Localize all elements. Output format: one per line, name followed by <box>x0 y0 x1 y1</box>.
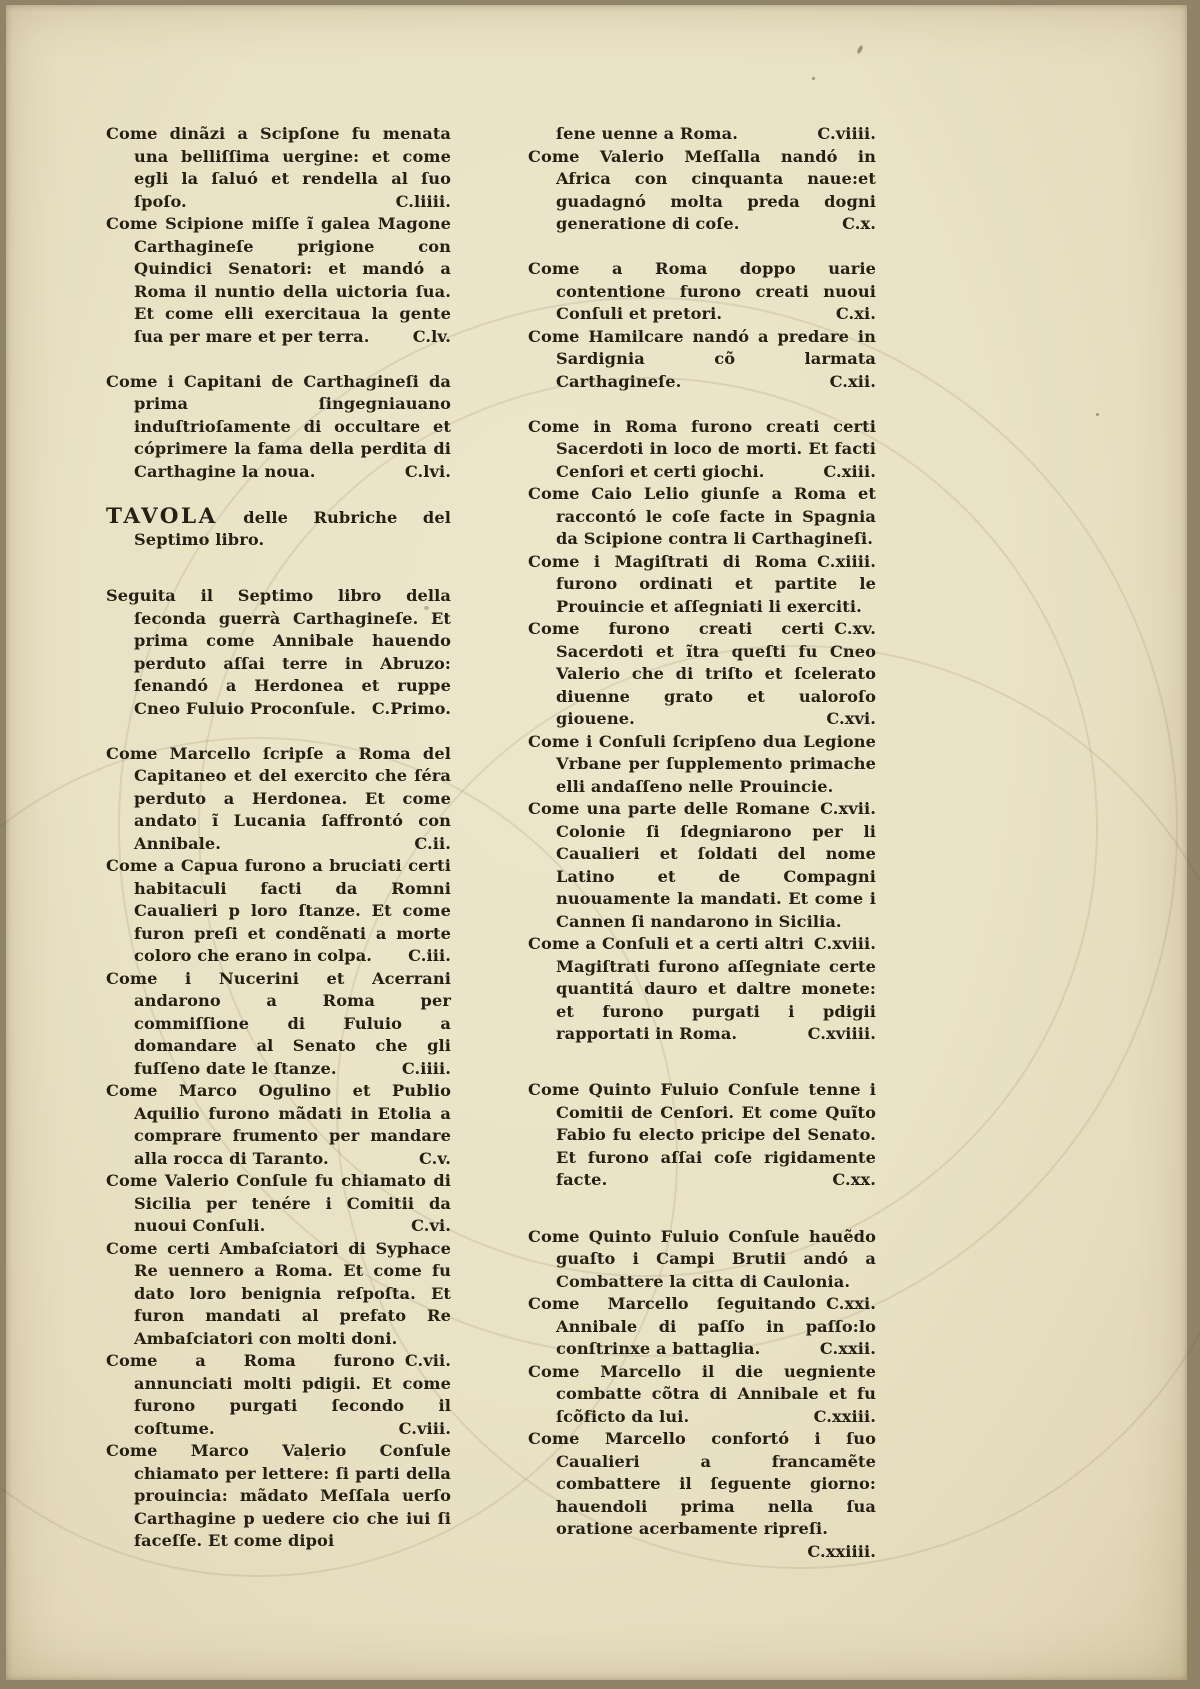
chapter-number: C.viii. <box>389 1418 451 1441</box>
toc-entry: Come Hamilcare nandó a predare in Sardig… <box>528 326 876 394</box>
toc-entry: Seguita il Septimo libro della ſeconda g… <box>106 585 451 720</box>
entry-text: Come Caio Lelio giunſe a Roma et raccont… <box>528 484 876 548</box>
chapter-number: C.xi. <box>826 303 876 326</box>
entry-text: Come Marco Valerio Conſule chiamato per … <box>106 1441 451 1550</box>
toc-entry: Come Marcello confortó i ſuo Caualieri a… <box>528 1428 876 1541</box>
toc-entry: Come a Roma doppo uarie contentione furo… <box>528 258 876 326</box>
chapter-number: C.xiii. <box>813 461 876 484</box>
toc-entry: Come certi Ambaſciatori di Syphace Re ue… <box>106 1238 451 1351</box>
entry-text: Come Marco Ogulino et Publio Aquilio fur… <box>106 1081 451 1168</box>
toc-entry: Come Caio Lelio giunſe a Roma et raccont… <box>528 483 876 551</box>
toc-entry: Come Quinto Fuluio Conſule tenne i Comit… <box>528 1079 876 1192</box>
ink-speck <box>856 45 864 55</box>
chapter-number: C.iiii. <box>392 1058 451 1081</box>
entry-text: Come Marcello ſcripſe a Roma del Capitan… <box>106 744 451 853</box>
chapter-number: C.ii. <box>404 833 451 856</box>
chapter-number: C.xx. <box>822 1169 876 1192</box>
toc-entry: Come in Roma furono creati certi Sacerdo… <box>528 416 876 484</box>
chapter-number: C.xvi. <box>816 708 876 731</box>
chapter-number: C.xv. <box>824 618 876 641</box>
chapter-number: C.vii. <box>395 1350 451 1373</box>
chapter-number: C.lv. <box>403 326 451 349</box>
chapter-number: C.xvii. <box>810 798 876 821</box>
entry-text: Come Scipione miſſe ĩ galea Magone Carth… <box>106 214 451 346</box>
tavola-heading: TAVOLA delle Rubriche del Septimo libro. <box>106 506 451 552</box>
toc-column-left: Come dinãzi a Scipſone fu menata una bel… <box>106 123 451 1553</box>
entry-text: Come Marcello confortó i ſuo Caualieri a… <box>528 1429 876 1538</box>
ink-speck <box>812 77 815 80</box>
book-page-paper: Come dinãzi a Scipſone fu menata una bel… <box>6 5 1187 1680</box>
toc-entry: Come dinãzi a Scipſone fu menata una bel… <box>106 123 451 213</box>
toc-entry: Come Marcello il die uegniente combatte … <box>528 1361 876 1429</box>
entry-text: Come certi Ambaſciatori di Syphace Re ue… <box>106 1239 451 1348</box>
toc-column-right: ſene uenne a Roma.C.viiii.Come Valerio M… <box>528 123 876 1563</box>
entry-text: ſene uenne a Roma. <box>556 124 738 143</box>
toc-entry: Come Marcello ſcripſe a Roma del Capitan… <box>106 743 451 856</box>
chapter-number: C.xiiii. <box>807 551 876 574</box>
chapter-number: C.Primo. <box>362 698 451 721</box>
entry-text: Come Valerio Meſſalla nandó in Africa co… <box>528 147 876 234</box>
toc-entry: Come a Capua furono a bruciati certi hab… <box>106 855 451 968</box>
chapter-number: C.lvi. <box>395 461 451 484</box>
chapter-number: C.viiii. <box>807 123 876 146</box>
toc-entry: Come Valerio Meſſalla nandó in Africa co… <box>528 146 876 236</box>
toc-entry: Come i Capitani de Carthagineſi da prima… <box>106 371 451 484</box>
entry-text: Come Quinto Fuluio Conſule hauẽdo guaſto… <box>528 1227 876 1291</box>
chapter-number: C.xxiii. <box>804 1406 876 1429</box>
toc-entry: Come Quinto Fuluio Conſule hauẽdo guaſto… <box>528 1226 876 1294</box>
tavola-heading-word: TAVOLA <box>106 504 218 529</box>
ink-speck <box>1096 413 1099 416</box>
toc-entry: Come Valerio Conſule fu chiamato di Sici… <box>106 1170 451 1238</box>
entry-text: Come i Conſuli ſcripſeno dua Legione Vrb… <box>528 732 876 796</box>
chapter-number: C.vi. <box>401 1215 451 1238</box>
chapter-number: C.v. <box>409 1148 451 1171</box>
toc-entry: Come Scipione miſſe ĩ galea Magone Carth… <box>106 213 451 348</box>
chapter-number: C.iii. <box>398 945 451 968</box>
toc-entry: Come Marco Valerio Conſule chiamato per … <box>106 1440 451 1553</box>
toc-entry: Come Marco Ogulino et Publio Aquilio fur… <box>106 1080 451 1170</box>
toc-entry: Come i Conſuli ſcripſeno dua Legione Vrb… <box>528 731 876 799</box>
entry-text: Come Valerio Conſule fu chiamato di Sici… <box>106 1171 451 1235</box>
chapter-number: C.xxiiii. <box>797 1541 876 1564</box>
toc-entry: ſene uenne a Roma.C.viiii. <box>528 123 876 146</box>
chapter-number: C.xii. <box>820 371 876 394</box>
entry-text: Come a Roma doppo uarie contentione furo… <box>528 259 876 323</box>
chapter-number: C.xxii. <box>810 1338 876 1361</box>
chapter-number: C.xxi. <box>816 1293 876 1316</box>
chapter-number: C.xviii. <box>804 933 876 956</box>
chapter-number: C.x. <box>832 213 876 236</box>
chapter-number: C.liiii. <box>386 191 451 214</box>
toc-entry: Come i Nucerini et Acerrani andarono a R… <box>106 968 451 1081</box>
toc-entry: Come furono creati certi Sacerdoti et ĩt… <box>528 618 876 731</box>
chapter-number: C.xviiii. <box>798 1023 876 1046</box>
